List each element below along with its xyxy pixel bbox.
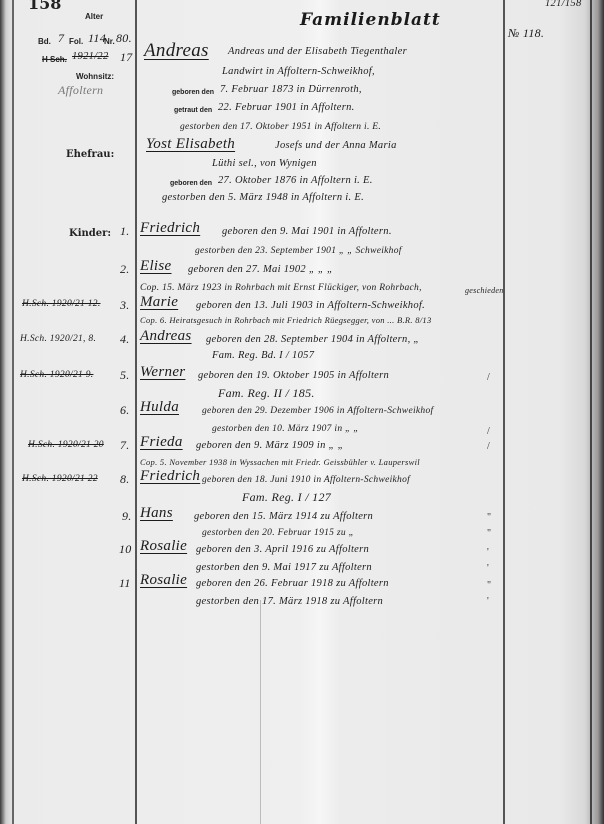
ditto-mark: " [487,580,491,591]
child-7-line1: geboren den 9. März 1909 in „ „ [196,440,344,451]
child-1-line2: gestorben den 23. September 1901 „ „ Sch… [195,246,402,256]
page-title: Familienblatt [300,10,441,30]
fol-label: Fol. [69,37,83,46]
husband-occupation: Landwirt in Affoltern-Schweikhof, [222,66,375,77]
ditto-mark: ' [487,547,489,558]
child-4-line1: geboren den 28. September 1904 in Affolt… [206,334,420,345]
child-2-line2: Cop. 15. März 1923 in Rohrbach mit Ernst… [140,283,422,293]
child-5-number: 5. [120,368,130,383]
sheet-number: № 118. [508,26,544,41]
ehefrau-label: Ehefrau: [66,149,114,160]
child-9-number: 9. [122,509,132,524]
child-5-margin-note: H.Sch. 1920/21 9. [20,370,93,380]
child-2-line1: geboren den 27. Mai 1902 „ „ „ [188,264,333,275]
child-3-extra-note: geschieden [465,286,504,295]
child-7-number: 7. [120,438,130,453]
wife-died-note: gestorben den 5. März 1948 in Affoltern … [162,192,364,203]
child-6-number: 6. [120,403,130,418]
child-1-number: 1. [120,224,130,239]
child-2-name: Elise [140,258,172,275]
ditto-mark: " [487,528,491,539]
child-10-line2: gestorben den 9. Mai 1917 zu Affoltern [196,562,372,573]
ditto-mark: / [487,372,490,383]
margin-column-rule [135,0,137,824]
hsch-value: 1921/22 [72,51,109,62]
child-3-number: 3. [120,298,130,313]
husband-born-value: 7. Februar 1873 in Dürrenroth, [220,84,362,95]
child-1-name: Friedrich [140,220,200,237]
child-8-margin-note: H.Sch. 1920/21 22 [22,474,98,484]
husband-name: Andreas [144,40,209,62]
right-column-rule [503,0,505,824]
ditto-mark: ' [487,596,489,607]
child-4-number: 4. [120,332,130,347]
register-page: 158 121/158 Familienblatt № 118. Alter B… [0,0,604,824]
child-7-margin-note: H.Sch. 1920/21 20 [28,440,104,450]
wife-born-value: 27. Oktober 1876 in Affoltern i. E. [218,175,373,186]
ditto-mark: " [487,512,491,523]
register-number: 121/158 [545,0,582,9]
right-edge-rule [590,0,592,824]
child-11-line2: gestorben den 17. März 1918 zu Affoltern [196,596,383,607]
child-9-name: Hans [140,505,173,522]
child-8-name: Friedrich [140,468,200,485]
child-9-line2: gestorben den 20. Februar 1915 zu „ [202,528,354,538]
child-6-name: Hulda [140,399,179,416]
ditto-mark: / [487,426,490,437]
child-4-name: Andreas [140,328,192,345]
child-8-line2: Fam. Reg. I / 127 [242,490,331,505]
husband-married-label: getraut den [174,107,212,114]
husband-parents: Andreas und der Elisabeth Tiegenthaler [228,46,407,57]
child-6-line2: gestorben den 10. März 1907 in „ „ [212,424,359,434]
wife-born-label: geboren den [170,180,212,187]
child-7-name: Frieda [140,434,183,451]
wife-name: Yost Elisabeth [146,136,235,153]
child-3-margin-note: H.Sch. 1920/21 12. [22,299,101,309]
wife-parents: Josefs und der Anna Maria [275,140,397,151]
ditto-mark: / [487,441,490,452]
child-11-number: 11 [119,576,131,591]
child-10-line1: geboren den 3. April 1916 zu Affoltern [196,544,369,555]
child-4-margin-note: H.Sch. 1920/21, 8. [20,334,96,344]
husband-married-value: 22. Februar 1901 in Affoltern. [218,102,355,113]
child-2-number: 2. [120,262,130,277]
child-6-line1: geboren den 29. Dezember 1906 in Affolte… [202,406,433,416]
child-5-name: Werner [140,364,185,381]
ditto-mark: ' [487,563,489,574]
hsch-extra: 17 [120,50,133,65]
husband-died-note: gestorben den 17. Oktober 1951 in Affolt… [180,122,381,132]
kinder-label: Kinder: [69,228,111,239]
child-9-line1: geboren den 15. März 1914 zu Affoltern [194,511,373,522]
child-10-number: 10 [119,542,132,557]
wife-parents-2: Lüthi sel., von Wynigen [212,158,317,169]
nr-label: Nr. [104,37,115,46]
faint-center-rule [260,600,261,824]
nr-value: 80. [116,31,132,46]
child-3-line2: Cop. 6. Heiratsgesuch in Rohrbach mit Fr… [140,315,432,325]
husband-born-label: geboren den [172,89,214,96]
child-3-line1: geboren den 13. Juli 1903 in Affoltern-S… [196,300,425,311]
child-10-name: Rosalie [140,538,187,555]
child-11-name: Rosalie [140,572,187,589]
child-5-line2: Fam. Reg. II / 185. [218,386,315,401]
child-3-name: Marie [140,294,178,311]
child-7-line2: Cop. 5. November 1938 in Wyssachen mit F… [140,457,420,467]
left-border-rule [12,0,14,824]
child-11-line1: geboren den 26. Februar 1918 zu Affolter… [196,578,389,589]
child-8-line1: geboren den 18. Juni 1910 in Affoltern-S… [202,475,410,485]
child-8-number: 8. [120,472,130,487]
child-5-line1: geboren den 19. Oktober 1905 in Affolter… [198,370,389,381]
wohnsitz-value: Affoltern [58,83,103,98]
hsch-label: H Sch. [42,55,67,64]
bd-value: 7 [58,31,64,46]
wohnsitz-label: Wohnsitz: [76,72,114,81]
child-4-line2: Fam. Reg. Bd. I / 1057 [212,350,314,361]
page-number: 158 [28,0,61,13]
child-1-line1: geboren den 9. Mai 1901 in Affoltern. [222,226,392,237]
bd-label: Bd. [38,37,51,46]
alter-label: Alter [85,12,103,21]
